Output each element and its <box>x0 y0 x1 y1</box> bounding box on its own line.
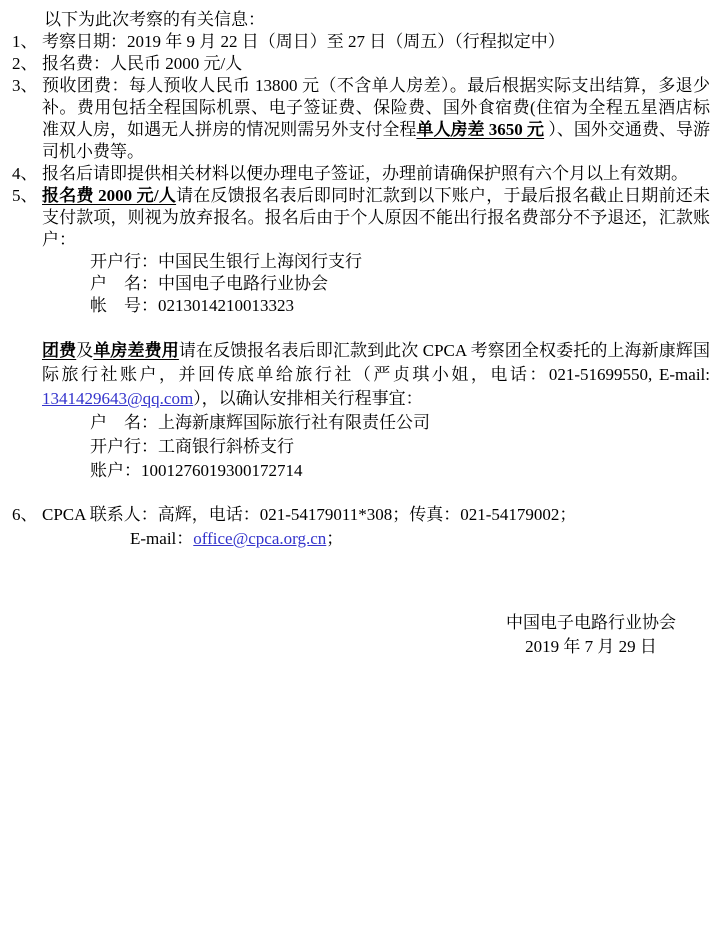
bank2-opening-bank: 开户行：工商银行斜桥支行 <box>90 435 710 459</box>
signature-date: 2019 年 7 月 29 日 <box>506 635 676 659</box>
tour-fee-paragraph: 团费及单房差费用请在反馈报名表后即汇款到此次 CPCA 考察团全权委托的上海新康… <box>42 339 710 483</box>
item-2-text: 报名费：人民币 2000 元/人 <box>42 53 710 75</box>
item-1-number: 1、 <box>12 31 42 53</box>
item-4-text: 报名后请即提供相关材料以便办理电子签证，办理前请确保护照有六个月以上有效期。 <box>42 163 710 185</box>
email-label: E-mail： <box>130 529 193 548</box>
tour-fee-text-2: ），以确认安排相关行程事宜： <box>193 389 423 408</box>
list-item-6: 6、 CPCA 联系人：高辉，电话：021-54179011*308；传真：02… <box>12 503 710 551</box>
list-item-2: 2、 报名费：人民币 2000 元/人 <box>12 53 710 75</box>
list-item-5: 5、 报名费 2000 元/人请在反馈报名表后即同时汇款到以下账户，于最后报名截… <box>12 185 710 317</box>
item-6-text: CPCA 联系人：高辉，电话：021-54179011*308；传真：021-5… <box>42 503 710 551</box>
cpca-contact-line: CPCA 联系人：高辉，电话：021-54179011*308；传真：021-5… <box>42 503 710 527</box>
bank2-account-number: 账户：1001276019300172714 <box>90 459 710 483</box>
item-3-text: 预收团费：每人预收人民币 13800 元（不含单人房差）。最后根据实际支出结算，… <box>42 75 710 163</box>
room-diff-fee-highlight: 单房差费用 <box>93 341 179 360</box>
intro-line: 以下为此次考察的有关信息： <box>44 9 710 31</box>
list-item-4: 4、 报名后请即提供相关材料以便办理电子签证，办理前请确保护照有六个月以上有效期… <box>12 163 710 185</box>
cpca-email-line: E-mail：office@cpca.org.cn； <box>42 527 710 551</box>
cpca-email-link[interactable]: office@cpca.org.cn <box>193 529 326 548</box>
item-2-number: 2、 <box>12 53 42 75</box>
info-list-section: 以下为此次考察的有关信息： 1、 考察日期：2019 年 9 月 22 日（周日… <box>12 9 710 317</box>
tour-fee-highlight: 团费 <box>42 341 76 360</box>
bank1-opening-bank: 开户行：中国民生银行上海闵行支行 <box>90 251 710 273</box>
item-6-number: 6、 <box>12 503 42 551</box>
signature-organization: 中国电子电路行业协会 <box>506 611 676 635</box>
item-5-number: 5、 <box>12 185 42 317</box>
single-room-surcharge-highlight: 单人房差 3650 元 <box>416 120 544 139</box>
bank2-account-name: 户 名：上海新康辉国际旅行社有限责任公司 <box>90 411 710 435</box>
list-item-1: 1、 考察日期：2019 年 9 月 22 日（周日）至 27 日（周五）（行程… <box>12 31 710 53</box>
document-page: 以下为此次考察的有关信息： 1、 考察日期：2019 年 9 月 22 日（周日… <box>0 0 720 659</box>
bank-account-block-1: 开户行：中国民生银行上海闵行支行 户 名：中国电子电路行业协会 帐 号：0213… <box>42 251 710 317</box>
qq-email-link[interactable]: 1341429643@qq.com <box>42 389 193 408</box>
signature-inner: 中国电子电路行业协会 2019 年 7 月 29 日 <box>506 611 676 659</box>
list-item-3: 3、 预收团费：每人预收人民币 13800 元（不含单人房差）。最后根据实际支出… <box>12 75 710 163</box>
email-suffix: ； <box>326 529 343 548</box>
item-1-text: 考察日期：2019 年 9 月 22 日（周日）至 27 日（周五）（行程拟定中… <box>42 31 710 53</box>
bank1-account-name: 户 名：中国电子电路行业协会 <box>90 273 710 295</box>
registration-fee-highlight: 报名费 2000 元/人 <box>42 186 176 205</box>
bank1-account-number: 帐 号：0213014210013323 <box>90 295 710 317</box>
tour-fee-mid-text: 及 <box>76 341 93 360</box>
fee-and-contact-section: 团费及单房差费用请在反馈报名表后即汇款到此次 CPCA 考察团全权委托的上海新康… <box>12 339 710 659</box>
item-5-text: 报名费 2000 元/人请在反馈报名表后即同时汇款到以下账户，于最后报名截止日期… <box>42 185 710 317</box>
item-4-number: 4、 <box>12 163 42 185</box>
signature-block: 中国电子电路行业协会 2019 年 7 月 29 日 <box>12 611 710 659</box>
item-3-number: 3、 <box>12 75 42 163</box>
bank-account-block-2: 户 名：上海新康辉国际旅行社有限责任公司 开户行：工商银行斜桥支行 账户：100… <box>42 411 710 483</box>
